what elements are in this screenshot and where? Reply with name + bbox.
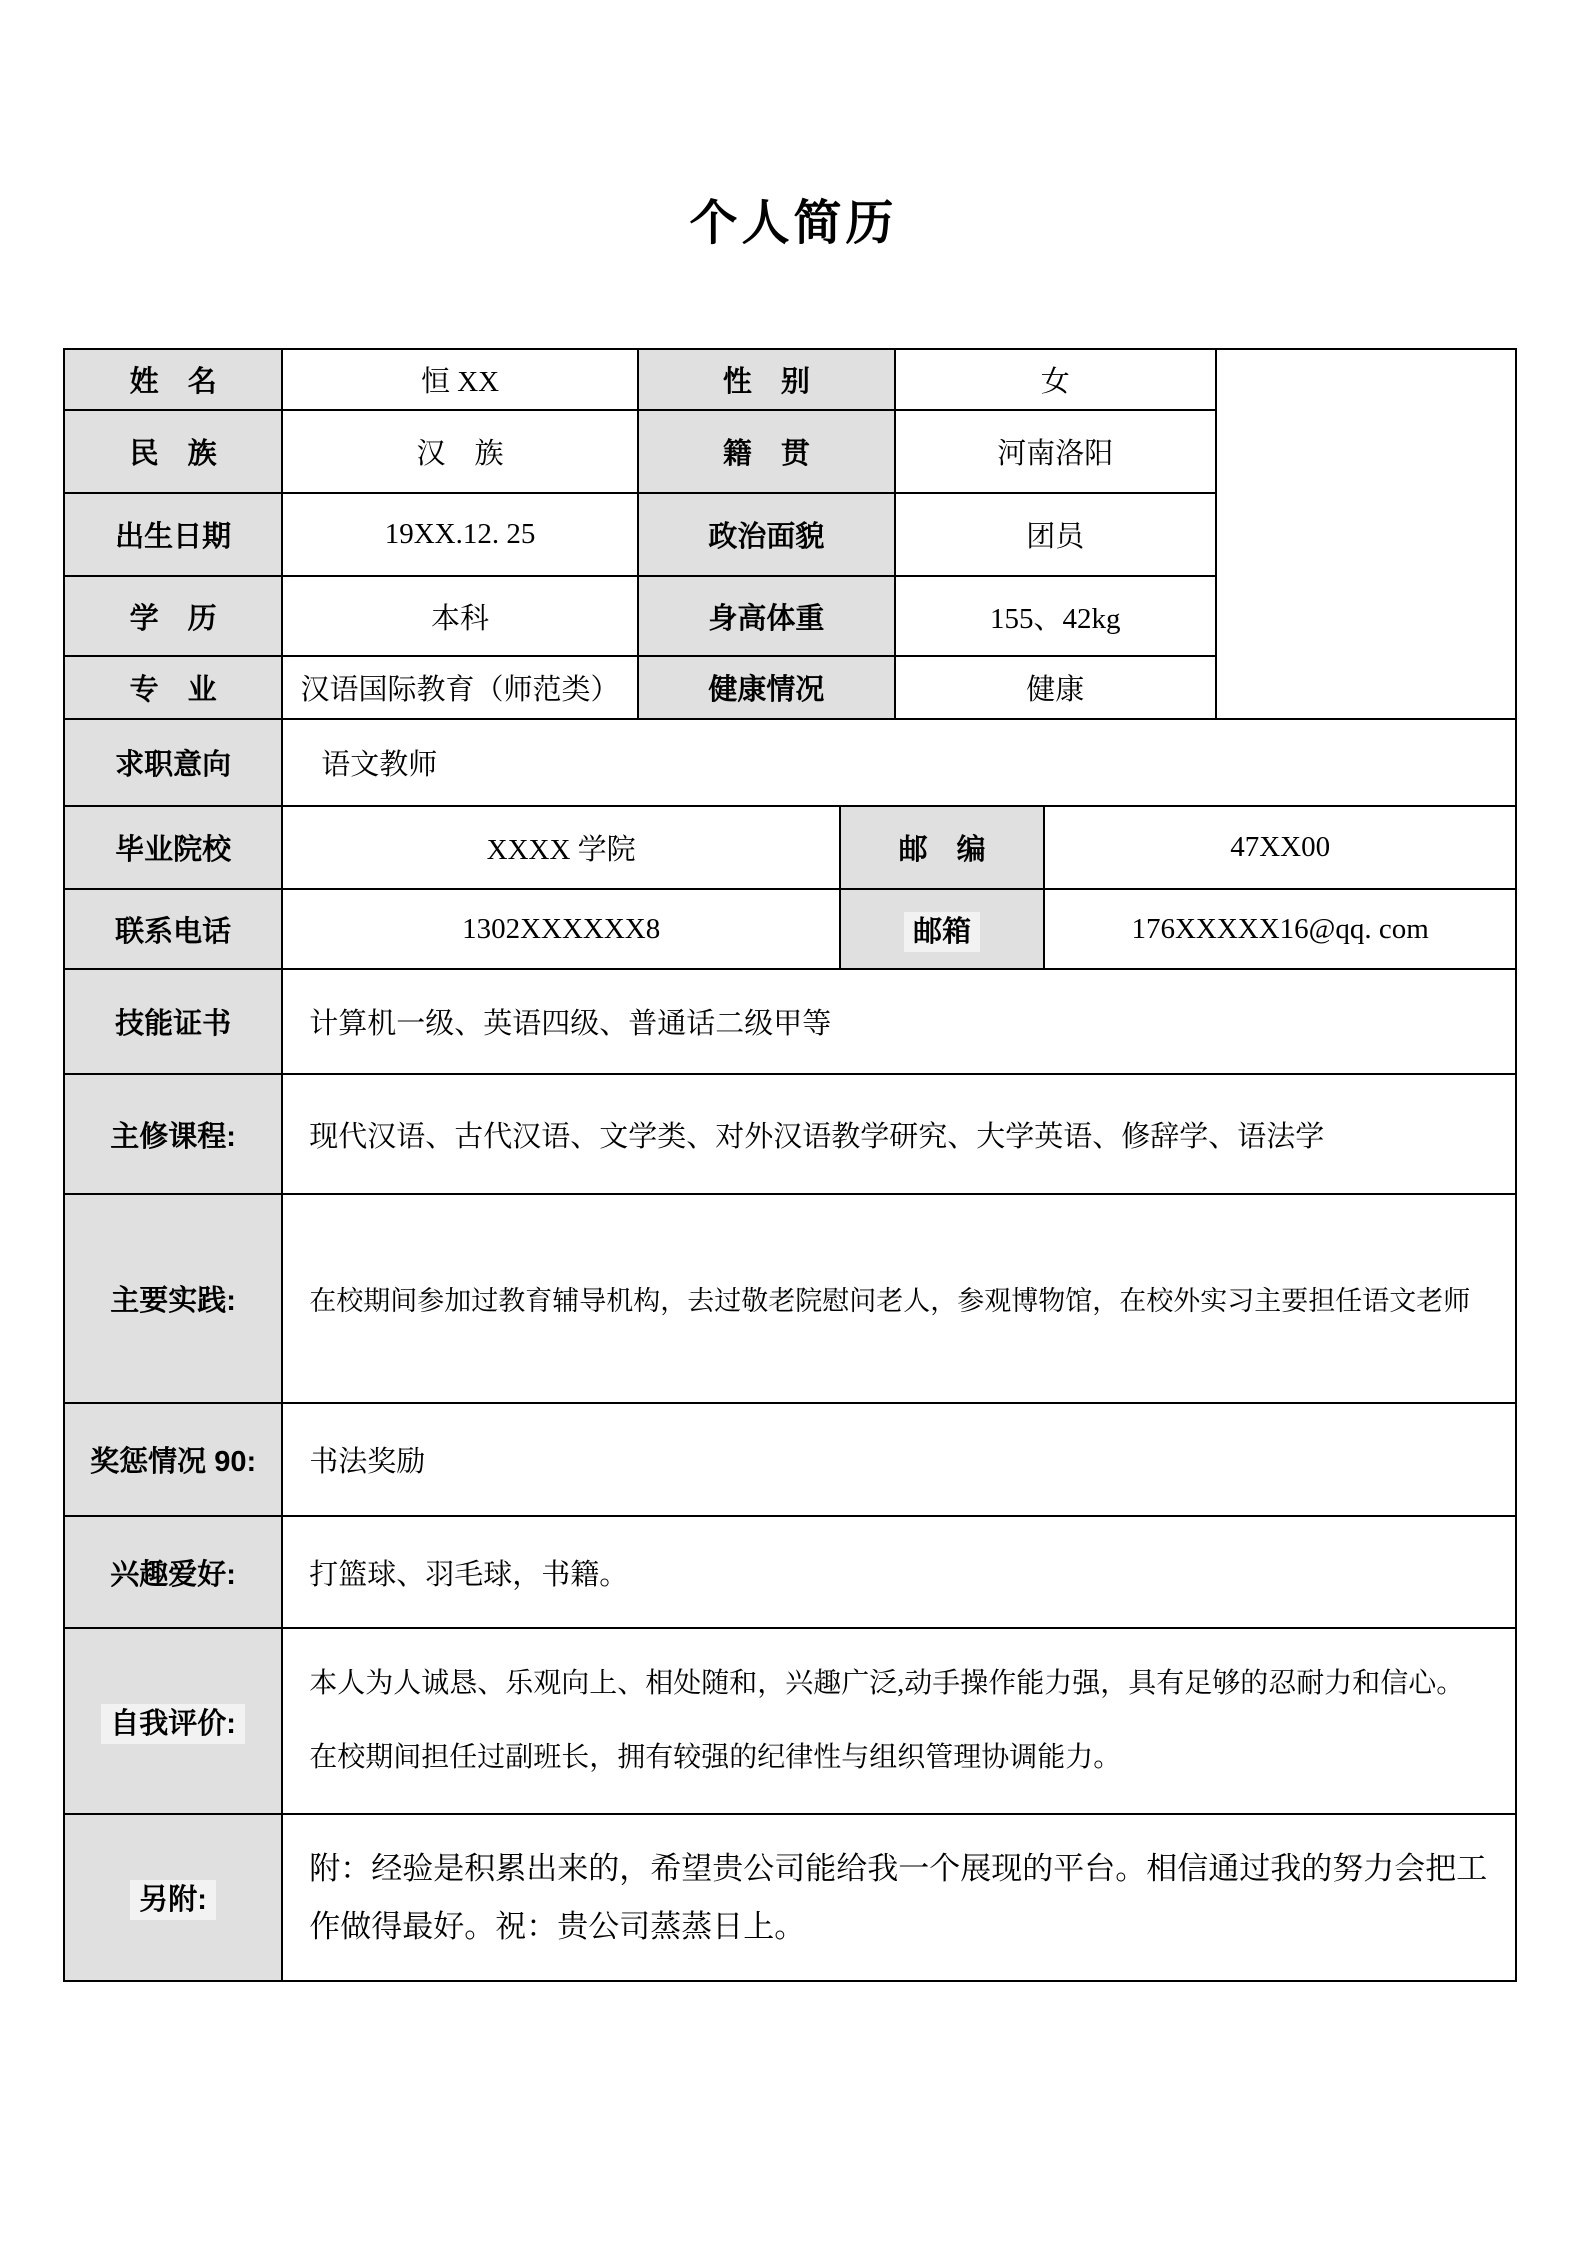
self-evaluation-label-text: 自我评价: — [101, 1704, 245, 1744]
graduate-school-value: XXXX 学院 — [282, 806, 840, 889]
skill-certificates-value: 计算机一级、英语四级、普通话二级甲等 — [282, 969, 1516, 1074]
native-place-value: 河南洛阳 — [895, 410, 1215, 493]
height-weight-label: 身高体重 — [638, 576, 895, 656]
table-row: 自我评价: 本人为人诚恳、乐观向上、相处随和，兴趣广泛,动手操作能力强，具有足够… — [64, 1628, 1516, 1814]
name-label: 姓 名 — [64, 349, 282, 410]
self-evaluation-label: 自我评价: — [64, 1628, 282, 1814]
table-row: 主修课程: 现代汉语、古代汉语、文学类、对外汉语教学研究、大学英语、修辞学、语法… — [64, 1074, 1516, 1194]
photo-placeholder — [1216, 349, 1516, 719]
attachment-label-text: 另附: — [130, 1880, 216, 1920]
resume-page: 个人简历 姓 名 恒 XX 性 别 女 民 族 汉 族 籍 贯 河南洛阳 出生日… — [0, 0, 1587, 2245]
attachment-label: 另附: — [64, 1814, 282, 1981]
health-label: 健康情况 — [638, 656, 895, 719]
education-value: 本科 — [282, 576, 637, 656]
self-evaluation-line-2: 在校期间担任过副班长，拥有较强的纪律性与组织管理协调能力。 — [309, 1739, 1507, 1777]
phone-value: 1302XXXXXX8 — [282, 889, 840, 969]
birth-date-label: 出生日期 — [64, 493, 282, 576]
main-courses-label: 主修课程: — [64, 1074, 282, 1194]
table-row: 联系电话 1302XXXXXX8 邮箱 176XXXXX16@qq. com — [64, 889, 1516, 969]
postal-code-label: 邮 编 — [840, 806, 1044, 889]
postal-code-value: 47XX00 — [1044, 806, 1516, 889]
birth-date-value: 19XX.12. 25 — [282, 493, 637, 576]
self-evaluation-value: 本人为人诚恳、乐观向上、相处随和，兴趣广泛,动手操作能力强，具有足够的忍耐力和信… — [282, 1628, 1516, 1814]
table-row: 另附: 附：经验是积累出来的，希望贵公司能给我一个展现的平台。相信通过我的努力会… — [64, 1814, 1516, 1981]
table-row: 主要实践: 在校期间参加过教育辅导机构，去过敬老院慰问老人，参观博物馆，在校外实… — [64, 1194, 1516, 1403]
main-courses-value: 现代汉语、古代汉语、文学类、对外汉语教学研究、大学英语、修辞学、语法学 — [282, 1074, 1516, 1194]
table-row: 姓 名 恒 XX 性 别 女 — [64, 349, 1516, 410]
table-row: 求职意向 语文教师 — [64, 719, 1516, 806]
rewards-punishments-value: 书法奖励 — [282, 1403, 1516, 1516]
native-place-label: 籍 贯 — [638, 410, 895, 493]
hobbies-value: 打篮球、羽毛球，书籍。 — [282, 1516, 1516, 1628]
table-row: 毕业院校 XXXX 学院 邮 编 47XX00 — [64, 806, 1516, 889]
skill-certificates-label: 技能证书 — [64, 969, 282, 1074]
gender-value: 女 — [895, 349, 1215, 410]
political-status-value: 团员 — [895, 493, 1215, 576]
major-label: 专 业 — [64, 656, 282, 719]
table-row: 技能证书 计算机一级、英语四级、普通话二级甲等 — [64, 969, 1516, 1074]
self-evaluation-line-1: 本人为人诚恳、乐观向上、相处随和，兴趣广泛,动手操作能力强，具有足够的忍耐力和信… — [309, 1665, 1507, 1703]
phone-label: 联系电话 — [64, 889, 282, 969]
height-weight-value: 155、42kg — [895, 576, 1215, 656]
political-status-label: 政治面貌 — [638, 493, 895, 576]
ethnicity-value: 汉 族 — [282, 410, 637, 493]
main-practice-label: 主要实践: — [64, 1194, 282, 1403]
attachment-value: 附：经验是积累出来的，希望贵公司能给我一个展现的平台。相信通过我的努力会把工作做… — [282, 1814, 1516, 1981]
health-value: 健康 — [895, 656, 1215, 719]
email-value: 176XXXXX16@qq. com — [1044, 889, 1516, 969]
job-intention-value: 语文教师 — [282, 719, 1516, 806]
major-value: 汉语国际教育（师范类） — [282, 656, 637, 719]
email-label-text: 邮箱 — [904, 912, 980, 952]
hobbies-label: 兴趣爱好: — [64, 1516, 282, 1628]
page-title: 个人简历 — [0, 196, 1587, 251]
table-row: 兴趣爱好: 打篮球、羽毛球，书籍。 — [64, 1516, 1516, 1628]
main-practice-value: 在校期间参加过教育辅导机构，去过敬老院慰问老人，参观博物馆，在校外实习主要担任语… — [282, 1194, 1516, 1403]
graduate-school-label: 毕业院校 — [64, 806, 282, 889]
table-row: 奖惩情况 90: 书法奖励 — [64, 1403, 1516, 1516]
education-label: 学 历 — [64, 576, 282, 656]
name-value: 恒 XX — [282, 349, 637, 410]
job-intention-label: 求职意向 — [64, 719, 282, 806]
rewards-punishments-label: 奖惩情况 90: — [64, 1403, 282, 1516]
ethnicity-label: 民 族 — [64, 410, 282, 493]
resume-table: 姓 名 恒 XX 性 别 女 民 族 汉 族 籍 贯 河南洛阳 出生日期 19X… — [63, 348, 1517, 1982]
email-label: 邮箱 — [840, 889, 1044, 969]
gender-label: 性 别 — [638, 349, 895, 410]
